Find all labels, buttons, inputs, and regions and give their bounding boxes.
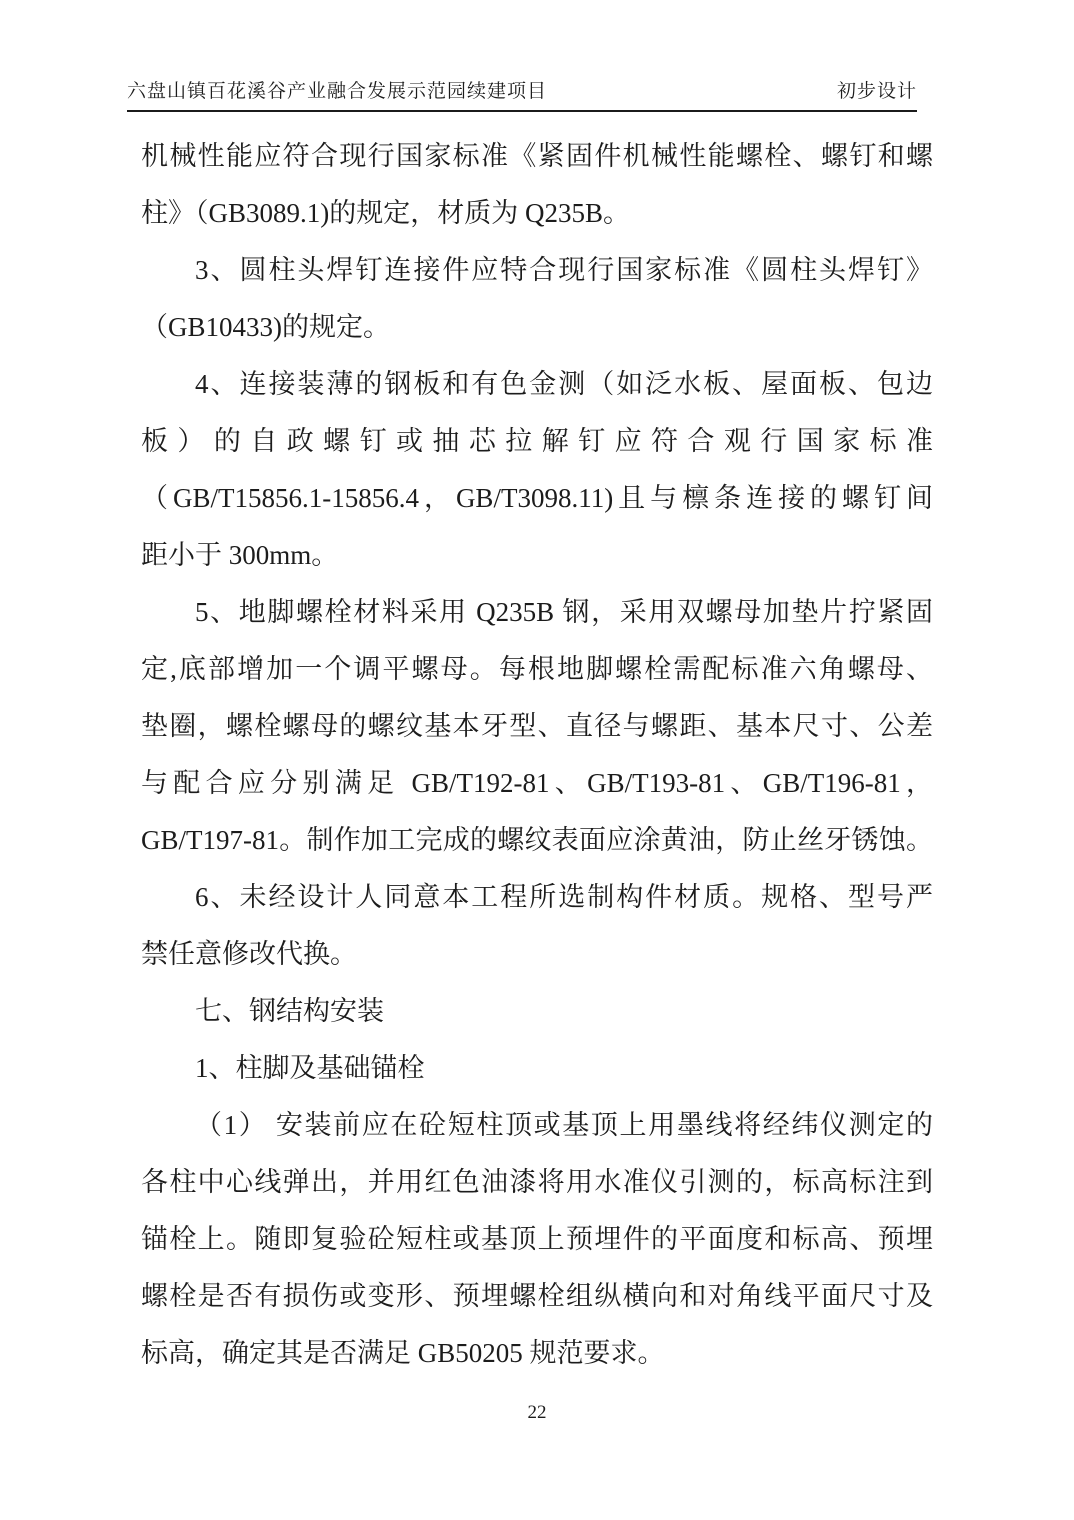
body-line: 板）的自政螺钉或抽芯拉解钉应符合观行国家标准 — [141, 413, 933, 470]
body-line: （GB/T15856.1-15856.4，GB/T3098.11)且与檩条连接的… — [141, 470, 933, 527]
document-body: 机械性能应符合现行国家标准《紧固件机械性能螺栓、螺钉和螺 柱》（GB3089.1… — [141, 128, 933, 1382]
body-line: 与配合应分别满足 GB/T192-81、GB/T193-81、GB/T196-8… — [141, 755, 933, 812]
body-line: 4、连接装薄的钢板和有色金测（如泛水板、屋面板、包边 — [141, 356, 933, 413]
body-line: 定,底部增加一个调平螺母。每根地脚螺栓需配标准六角螺母、 — [141, 641, 933, 698]
document-header: 六盘山镇百花溪谷产业融合发展示范园续建项目 初步设计 — [127, 76, 917, 112]
page-number: 22 — [528, 1402, 547, 1423]
body-line: 垫圈，螺栓螺母的螺纹基本牙型、直径与螺距、基本尺寸、公差 — [141, 698, 933, 755]
body-line: 螺栓是否有损伤或变形、预埋螺栓组纵横向和对角线平面尺寸及 — [141, 1268, 933, 1325]
body-line: 各柱中心线弹出，并用红色油漆将用水准仪引测的，标高标注到 — [141, 1154, 933, 1211]
body-line: 柱》（GB3089.1)的规定，材质为 Q235B。 — [141, 185, 933, 242]
body-line: 机械性能应符合现行国家标准《紧固件机械性能螺栓、螺钉和螺 — [141, 128, 933, 185]
document-page: 六盘山镇百花溪谷产业融合发展示范园续建项目 初步设计 机械性能应符合现行国家标准… — [0, 0, 1074, 1520]
header-project-title: 六盘山镇百花溪谷产业融合发展示范园续建项目 — [127, 76, 547, 103]
body-line: 6、未经设计人同意本工程所选制构件材质。规格、型号严 — [141, 869, 933, 926]
body-line: 标高，确定其是否满足 GB50205 规范要求。 — [141, 1325, 933, 1382]
body-line: 5、地脚螺栓材料采用 Q235B 钢，采用双螺母加垫片拧紧固 — [141, 584, 933, 641]
body-line-section-heading: 七、钢结构安装 — [141, 983, 933, 1040]
body-line: 锚栓上。随即复验砼短柱或基顶上预埋件的平面度和标高、预埋 — [141, 1211, 933, 1268]
body-line: 禁任意修改代换。 — [141, 926, 933, 983]
body-line: 距小于 300mm。 — [141, 527, 933, 584]
body-line: GB/T197-81。制作加工完成的螺纹表面应涂黄油，防止丝牙锈蚀。 — [141, 812, 933, 869]
body-line: （GB10433)的规定。 — [141, 299, 933, 356]
body-line: （1） 安装前应在砼短柱顶或基顶上用墨线将经纬仪测定的 — [141, 1097, 933, 1154]
header-doc-type: 初步设计 — [837, 76, 917, 103]
page-footer: 22 — [0, 1398, 1074, 1428]
body-line-subsection-heading: 1、柱脚及基础锚栓 — [141, 1040, 933, 1097]
body-line: 3、圆柱头焊钉连接件应特合现行国家标准《圆柱头焊钉》 — [141, 242, 933, 299]
